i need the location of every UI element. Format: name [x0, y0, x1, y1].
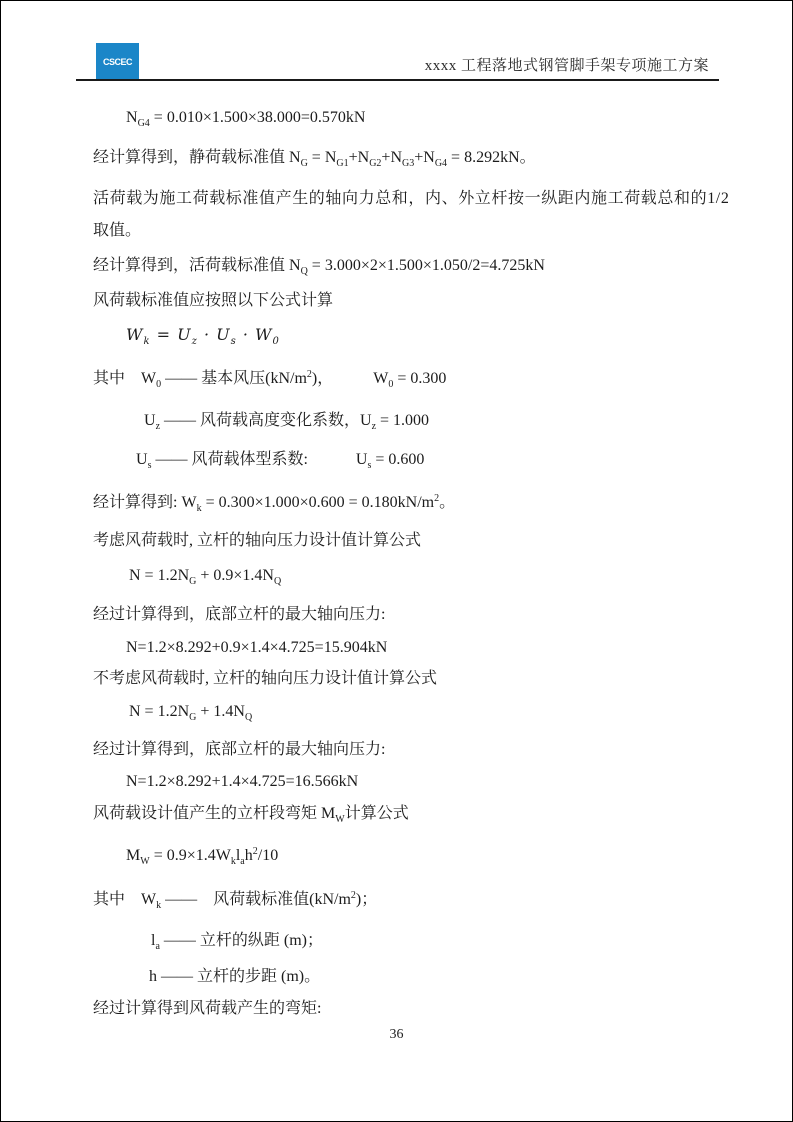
def-us: Us —— 风荷载体型系数: Us = 0.600 — [136, 450, 424, 473]
def-h: h —— 立杆的步距 (m)。 — [149, 967, 320, 987]
def-wk: 其中 Wk —— 风荷载标准值(kN/m2)； — [93, 890, 377, 913]
para-dead-load-result: 经计算得到，静荷载标准值 NG = NG1+NG2+NG3+NG4 = 8.29… — [93, 148, 536, 171]
cscec-logo-icon: CSCEC — [96, 43, 139, 80]
para-moment-intro: 风荷载设计值产生的立杆段弯矩 MW计算公式 — [93, 804, 409, 827]
def-uz: Uz —— 风荷载高度变化系数，Uz = 1.000 — [144, 411, 429, 434]
para-live-load-result: 经计算得到，活荷载标准值 NQ = 3.000×2×1.500×1.050/2=… — [93, 256, 545, 279]
formula-mw: MW = 0.9×1.4Wklah2/10 — [126, 846, 278, 869]
formula-wk: Wk = Uz · Us · W0 — [126, 325, 280, 349]
formula-n-calc-nowind: N=1.2×8.292+1.4×4.725=16.566kN — [126, 772, 358, 792]
header-rule — [76, 79, 719, 81]
para-live-load-desc-2: 取值。 — [93, 221, 141, 241]
para-without-wind-intro: 不考虑风荷载时, 立杆的轴向压力设计值计算公式 — [93, 669, 437, 689]
para-max-axial-1: 经过计算得到，底部立杆的最大轴向压力: — [93, 605, 385, 625]
para-with-wind-intro: 考虑风荷载时, 立杆的轴向压力设计值计算公式 — [93, 531, 421, 551]
def-w0: 其中 W0 —— 基本风压(kN/m2)， W0 = 0.300 — [93, 369, 446, 392]
document-header-title: xxxx 工程落地式钢管脚手架专项施工方案 — [425, 54, 709, 75]
para-wind-load-intro: 风荷载标准值应按照以下公式计算 — [93, 291, 333, 311]
para-wk-result: 经计算得到: Wk = 0.300×1.000×0.600 = 0.180kN/… — [93, 493, 455, 516]
para-max-axial-2: 经过计算得到，底部立杆的最大轴向压力: — [93, 740, 385, 760]
para-live-load-desc-1: 活荷载为施工荷载标准值产生的轴向力总和，内、外立杆按一纵距内施工荷载总和的1/2 — [93, 189, 729, 209]
formula-n-calc-wind: N=1.2×8.292+0.9×1.4×4.725=15.904kN — [126, 638, 387, 658]
para-moment-result: 经过计算得到风荷载产生的弯矩: — [93, 999, 321, 1019]
cscec-logo-text: CSCEC — [103, 57, 132, 67]
formula-ng4: NG4 = 0.010×1.500×38.000=0.570kN — [126, 108, 365, 131]
page-number: 36 — [1, 1027, 792, 1043]
def-la: la —— 立杆的纵距 (m)； — [151, 931, 323, 954]
formula-n-without-wind: N = 1.2NG + 1.4NQ — [129, 702, 252, 725]
formula-n-with-wind: N = 1.2NG + 0.9×1.4NQ — [129, 566, 281, 589]
document-page: CSCEC xxxx 工程落地式钢管脚手架专项施工方案 NG4 = 0.010×… — [0, 0, 793, 1122]
